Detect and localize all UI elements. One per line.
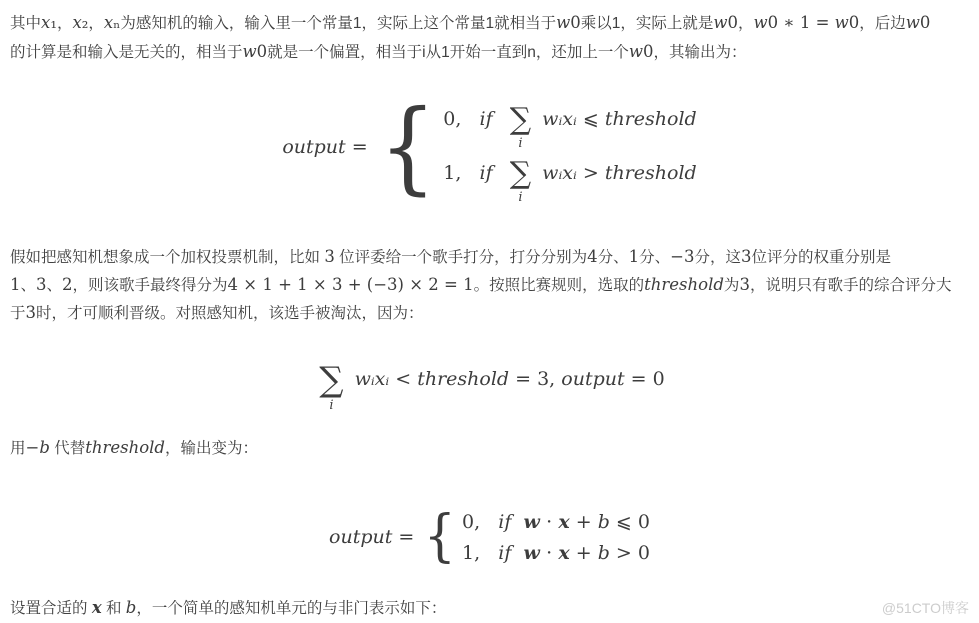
math-segment: 0 [728,13,739,32]
text-line: 其中x₁，x₂，xₙ为感知机的输入，输入里一个常量1，实际上这个常量1就相当于w… [10,9,969,38]
math-segment: 0 ∗ 1 = [768,13,835,32]
math-segment: −3 [670,247,694,266]
text-segment: 设置合适的 [10,600,92,617]
math-segment: 0 [570,13,581,32]
math-segment: 0 [257,42,268,61]
math-segment: b [126,598,137,617]
math-segment: output [282,136,345,158]
math-segment: b [598,511,610,533]
math-segment: output [329,526,392,548]
text-segment: 就是一个偏置，相当于i从1开始一直到n，还加上一个 [267,44,629,61]
text-segment: 乘以1，实际上就是 [581,15,714,32]
text-segment: 代替 [50,440,85,457]
math-segment: w [713,13,727,32]
math-segment: ₁ [50,13,57,32]
summation-symbol: ∑i [510,159,531,189]
formula-cases: 0, if ∑i wᵢxᵢ ⩽ threshold 1, if ∑i wᵢxᵢ … [443,105,696,189]
math-segment: = [392,526,414,548]
formula-output-threshold: output = { 0, if ∑i wᵢxᵢ ⩽ threshold 1, … [0,91,979,203]
math-segment: + [570,511,598,533]
text-segment: 位评分的权重分别是 [752,249,892,266]
math-segment: < [389,368,417,390]
text-segment: ，一个简单的感知机单元的与非门表示如下： [136,600,446,617]
math-segment: w [243,42,257,61]
math-segment: 0 [920,13,931,32]
text-segment: 于 [10,305,26,322]
text-segment: ，后边 [859,15,906,32]
text-segment: ， [738,15,754,32]
math-segment: > [577,162,605,184]
math-segment: = 3, [509,368,561,390]
formula-lhs: output = [329,526,414,548]
text-segment: 、 [47,277,63,294]
formula-output-bias: output = { 0, if w ⋅ x + b ⩽ 0 1, if w ⋅… [0,506,979,568]
math-segment: 3 [739,275,750,294]
math-segment: + [570,542,598,564]
formula-weighted-sum: ∑i wᵢxᵢ < threshold = 3, output = 0 [0,355,979,405]
math-segment: if [461,108,504,130]
summation-symbol: ∑i [510,105,531,135]
math-segment: 4 [587,247,598,266]
text-segment: 位评委给一个歌手打分，打分分别为 [335,249,587,266]
text-line: 设置合适的 x 和 b，一个简单的感知机单元的与非门表示如下： [10,597,969,620]
math-segment: 4 × 1 + 1 × 3 + (−3) × 2 = 1 [228,275,474,294]
paragraph-voting-example: 假如把感知机想象成一个加权投票机制，比如 3 位评委给一个歌手打分，打分分别为4… [0,243,979,327]
text-line: 假如把感知机想象成一个加权投票机制，比如 3 位评委给一个歌手打分，打分分别为4… [10,243,969,271]
math-segment: ⋅ [540,511,559,533]
formula-cases: 0, if w ⋅ x + b ⩽ 0 1, if w ⋅ x + b > 0 [462,510,650,565]
math-segment: threshold [605,108,697,130]
math-segment: output [561,368,624,390]
math-segment: 1 [10,275,21,294]
paragraph-intro: 其中x₁，x₂，xₙ为感知机的输入，输入里一个常量1，实际上这个常量1就相当于w… [0,9,979,67]
math-segment: w [754,13,768,32]
text-segment: 。按照比赛规则，选取的 [474,277,645,294]
math-segment: 3 [26,303,37,322]
math-segment: w [835,13,849,32]
math-segment: threshold [85,438,165,457]
text-segment: 和 [102,600,126,617]
math-segment: w [523,511,539,533]
case-row: 0, if ∑i wᵢxᵢ ⩽ threshold [443,105,696,135]
math-segment: ⋅ [540,542,559,564]
case-row: 1, if w ⋅ x + b > 0 [462,541,650,565]
math-segment: 1, [443,162,461,184]
formula-lhs: output = [282,136,367,158]
text-segment: ， [57,15,73,32]
math-segment: x [41,13,50,32]
math-segment: threshold [605,162,697,184]
math-segment: threshold [417,368,509,390]
math-segment: w [906,13,920,32]
case-row: 0, if w ⋅ x + b ⩽ 0 [462,510,650,534]
paragraph-nand-intro: 设置合适的 x 和 b，一个简单的感知机单元的与非门表示如下： [0,597,979,620]
math-segment: 0, [462,511,480,533]
text-segment: 的计算是和输入是无关的，相当于 [10,44,243,61]
math-segment: w [523,542,539,564]
text-line: 于3时，才可顺利晋级。对照感知机，该选手被淘汰，因为： [10,299,969,327]
math-segment: ⩽ 0 [610,511,650,533]
math-segment: x [104,13,113,32]
paragraph-replace-threshold: 用−b 代替threshold，输出变为： [0,437,979,460]
math-segment: 2 [62,275,73,294]
text-segment: 分、 [598,249,629,266]
text-segment: 分，这 [694,249,741,266]
math-segment: ⩽ [577,108,605,130]
case-row: 1, if ∑i wᵢxᵢ > threshold [443,159,696,189]
left-brace: { [424,509,456,565]
text-line: 用−b 代替threshold，输出变为： [10,437,969,460]
math-segment: = 0 [625,368,665,390]
math-segment: wᵢxᵢ [349,368,390,390]
math-segment: x [558,511,569,533]
math-segment: 1, [462,542,480,564]
text-segment: 用 [10,440,26,457]
left-brace: { [379,97,436,197]
text-segment: ， [88,15,104,32]
math-segment: x [72,13,81,32]
math-segment: = [346,136,368,158]
text-segment: 其中 [10,15,41,32]
math-segment: wᵢxᵢ [536,108,577,130]
text-segment: 时，才可顺利晋级。对照感知机，该选手被淘汰，因为： [36,305,424,322]
math-segment: w [556,13,570,32]
summation-symbol: ∑i [319,363,343,397]
text-segment: ，说明只有歌手的综合评分大 [750,277,952,294]
math-segment: if [480,511,523,533]
math-segment: 3 [36,275,47,294]
text-segment: 、 [21,277,37,294]
text-line: 的计算是和输入是无关的，相当于w0就是一个偏置，相当于i从1开始一直到n，还加上… [10,38,969,67]
article-body: 其中x₁，x₂，xₙ为感知机的输入，输入里一个常量1，实际上这个常量1就相当于w… [0,0,979,620]
math-segment: > 0 [610,542,650,564]
text-segment: ，输出变为： [165,440,258,457]
math-segment: threshold [644,275,724,294]
text-segment: ，其输出为： [653,44,746,61]
math-segment: 0, [443,108,461,130]
math-segment: if [480,542,523,564]
math-segment: x [558,542,569,564]
math-segment: b [598,542,610,564]
math-segment: wᵢxᵢ [536,162,577,184]
math-segment: 3 [324,247,335,266]
text-segment: 为 [724,277,740,294]
math-segment: w [629,42,643,61]
math-segment: 1 [629,247,640,266]
formula-line: ∑i wᵢxᵢ < threshold = 3, output = 0 [314,363,664,397]
math-segment: if [461,162,504,184]
text-segment: 分、 [639,249,670,266]
text-segment: 为感知机的输入，输入里一个常量1，实际上这个常量1就相当于 [120,15,556,32]
math-segment: x [92,598,102,617]
math-segment: 0 [849,13,860,32]
watermark: @51CTO博客 [882,598,969,618]
math-segment: − [26,438,40,457]
text-segment: 假如把感知机想象成一个加权投票机制，比如 [10,249,324,266]
math-segment: 3 [741,247,752,266]
text-line: 1、3、2，则该歌手最终得分为4 × 1 + 1 × 3 + (−3) × 2 … [10,271,969,299]
text-segment: ，则该歌手最终得分为 [73,277,228,294]
math-segment: b [39,438,50,457]
math-segment: 0 [643,42,654,61]
